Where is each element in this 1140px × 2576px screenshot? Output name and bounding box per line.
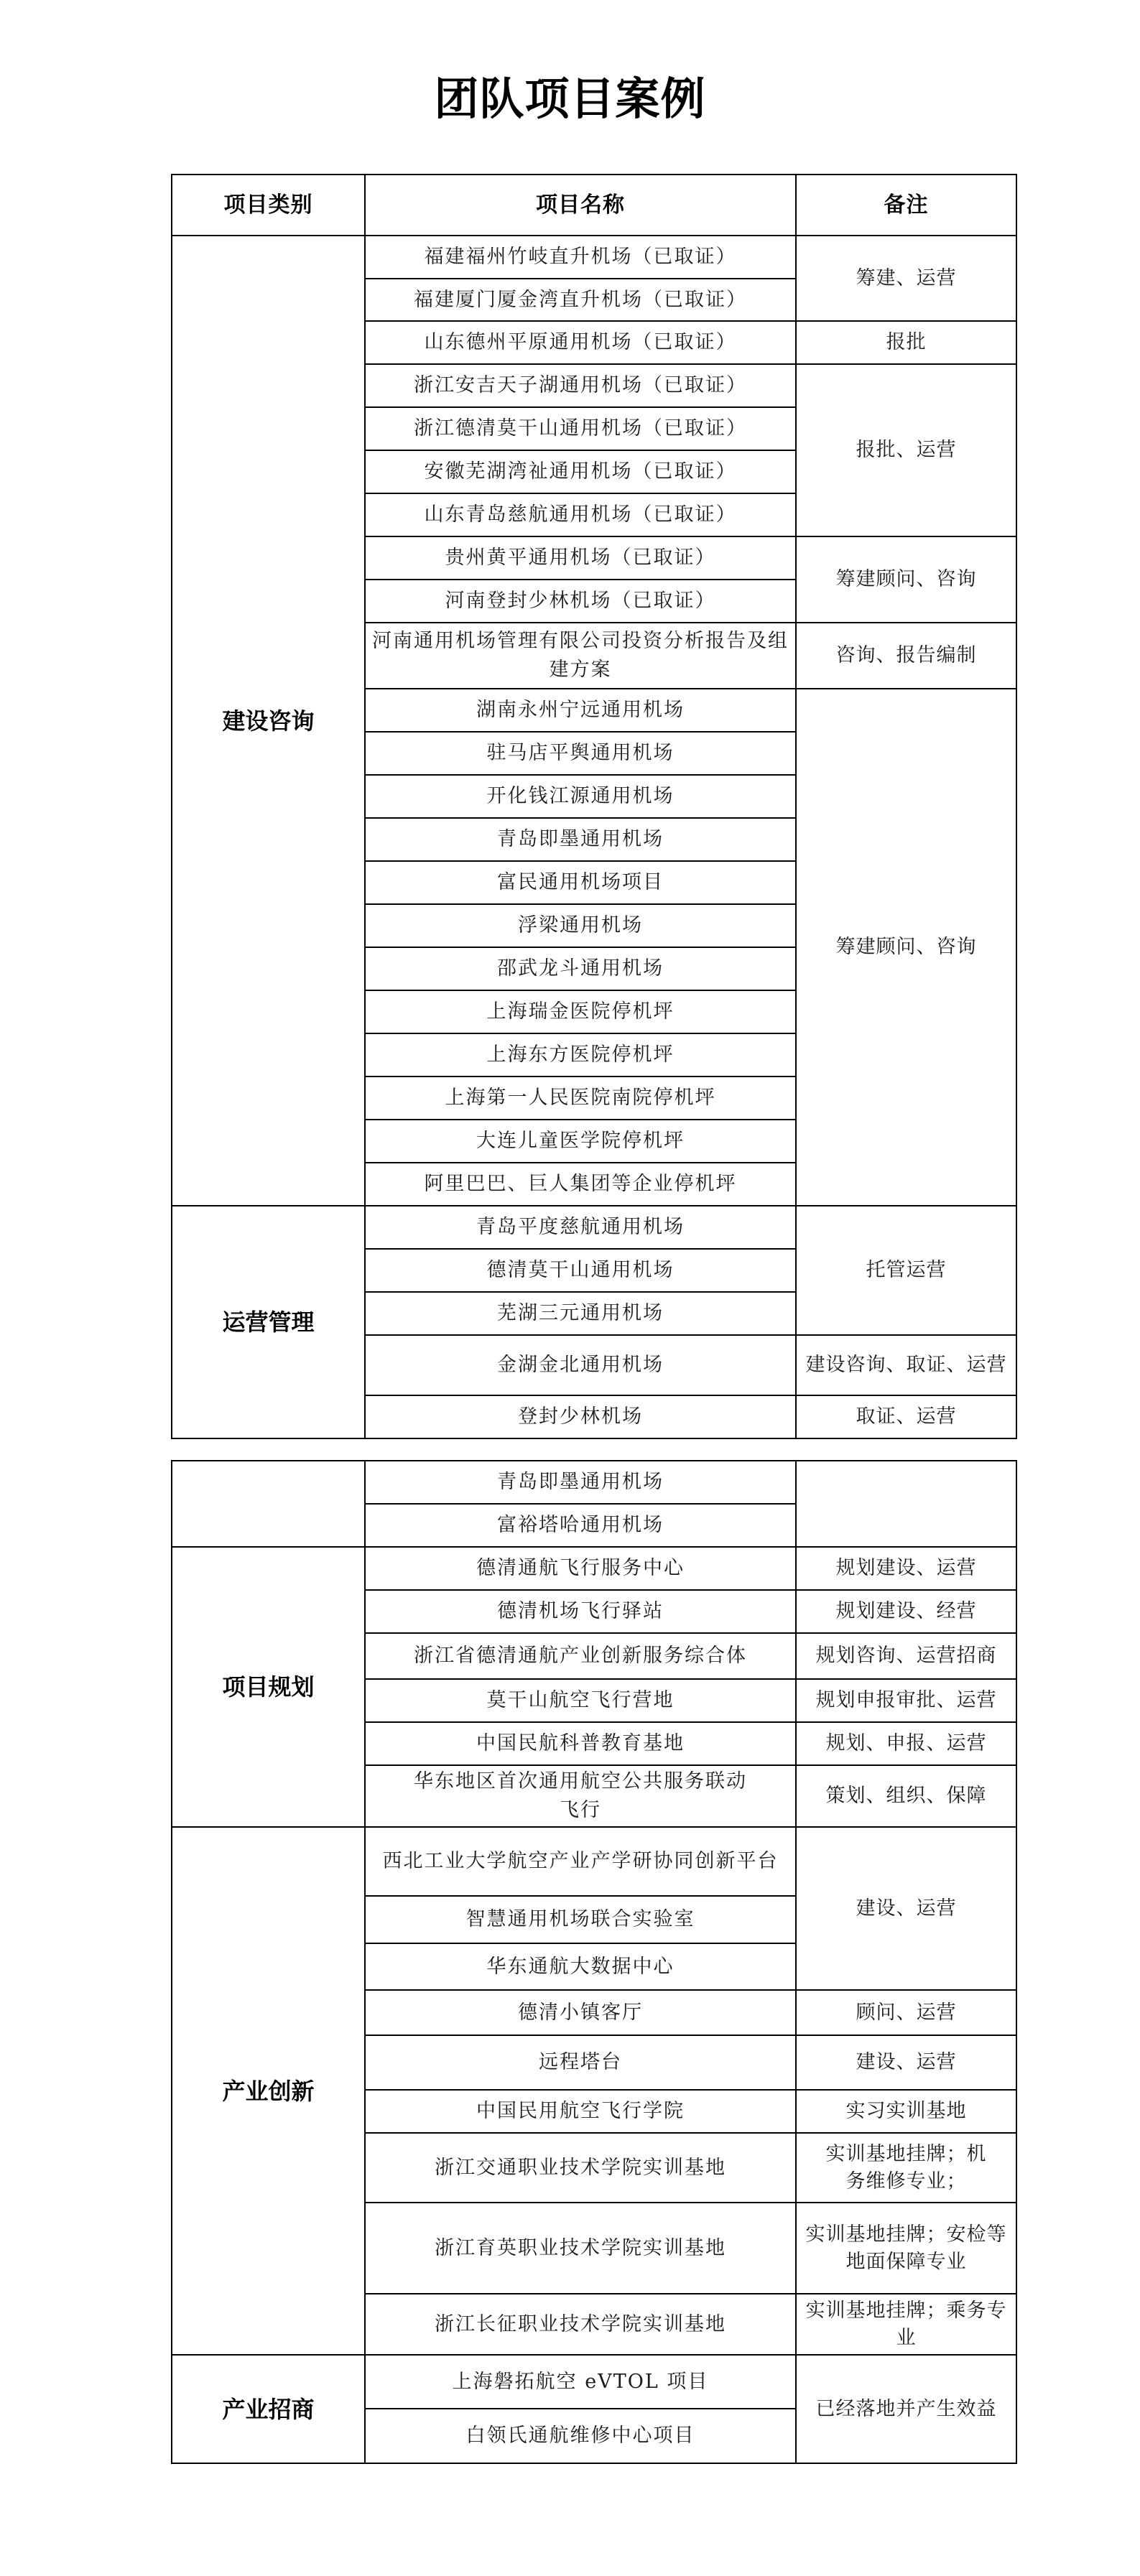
project-name: 安徽芜湖湾祉通用机场（已取证） [365, 450, 796, 493]
project-remark: 报批 [796, 321, 1016, 364]
project-name: 德清莫干山通用机场 [365, 1249, 796, 1292]
project-name: 驻马店平舆通用机场 [365, 732, 796, 775]
project-remark: 规划建设、运营 [796, 1547, 1016, 1590]
table-row: 建设咨询 福建福州竹岐直升机场（已取证） 筹建、运营 [172, 236, 1016, 279]
project-name: 贵州黄平通用机场（已取证） [365, 536, 796, 580]
category-operations: 运营管理 [172, 1206, 365, 1438]
project-name: 德清通航飞行服务中心 [365, 1547, 796, 1590]
project-name: 莫干山航空飞行营地 [365, 1679, 796, 1722]
project-cases-table-2: 青岛即墨通用机场 富裕塔哈通用机场 项目规划 德清通航飞行服务中心 规划建设、运… [171, 1460, 1017, 2464]
project-name: 登封少林机场 [365, 1395, 796, 1438]
project-remark [796, 1461, 1016, 1547]
project-name: 福建厦门厦金湾直升机场（已取证） [365, 279, 796, 321]
project-remark: 建设、运营 [796, 1827, 1016, 1990]
page-title: 团队项目案例 [0, 70, 1140, 128]
project-remark: 实训基地挂牌；机务维修专业； [796, 2133, 1016, 2203]
project-remark: 筹建顾问、咨询 [796, 536, 1016, 623]
header-name: 项目名称 [365, 175, 796, 236]
project-name: 浮梁通用机场 [365, 904, 796, 947]
project-name: 金湖金北通用机场 [365, 1335, 796, 1395]
project-name: 德清小镇客厅 [365, 1990, 796, 2035]
project-name: 河南登封少林机场（已取证） [365, 580, 796, 623]
category-investment: 产业招商 [172, 2355, 365, 2463]
project-remark: 规划、申报、运营 [796, 1722, 1016, 1765]
project-name: 浙江安吉天子湖通用机场（已取证） [365, 364, 796, 407]
project-remark: 建设咨询、取证、运营 [796, 1335, 1016, 1395]
project-name: 山东青岛慈航通用机场（已取证） [365, 493, 796, 536]
project-name: 浙江育英职业技术学院实训基地 [365, 2203, 796, 2294]
project-name: 智慧通用机场联合实验室 [365, 1896, 796, 1943]
project-name: 湖南永州宁远通用机场 [365, 689, 796, 732]
project-name: 浙江省德清通航产业创新服务综合体 [365, 1633, 796, 1679]
category-construction: 建设咨询 [172, 236, 365, 1206]
project-name: 上海瑞金医院停机坪 [365, 990, 796, 1033]
project-remark: 实训基地挂牌；安检等地面保障专业 [796, 2203, 1016, 2294]
project-name: 白领氏通航维修中心项目 [365, 2409, 796, 2463]
category-continued [172, 1461, 365, 1547]
project-name: 青岛即墨通用机场 [365, 1461, 796, 1504]
table-row: 青岛即墨通用机场 [172, 1461, 1016, 1504]
project-remark: 托管运营 [796, 1206, 1016, 1335]
table-row: 运营管理 青岛平度慈航通用机场 托管运营 [172, 1206, 1016, 1249]
project-name: 浙江长征职业技术学院实训基地 [365, 2294, 796, 2355]
header-category: 项目类别 [172, 175, 365, 236]
header-remark: 备注 [796, 175, 1016, 236]
table-row: 产业招商 上海磐拓航空 eVTOL 项目 已经落地并产生效益 [172, 2355, 1016, 2409]
project-cases-table-1: 项目类别 项目名称 备注 建设咨询 福建福州竹岐直升机场（已取证） 筹建、运营 … [171, 174, 1017, 1439]
project-name: 西北工业大学航空产业产学研协同创新平台 [365, 1827, 796, 1896]
project-remark: 规划申报审批、运营 [796, 1679, 1016, 1722]
project-name: 浙江德清莫干山通用机场（已取证） [365, 407, 796, 450]
project-name: 上海第一人民医院南院停机坪 [365, 1077, 796, 1120]
project-name: 山东德州平原通用机场（已取证） [365, 321, 796, 364]
project-name: 阿里巴巴、巨人集团等企业停机坪 [365, 1163, 796, 1206]
category-innovation: 产业创新 [172, 1827, 365, 2355]
category-planning: 项目规划 [172, 1547, 365, 1827]
table-row: 产业创新 西北工业大学航空产业产学研协同创新平台 建设、运营 [172, 1827, 1016, 1896]
project-name: 河南通用机场管理有限公司投资分析报告及组建方案 [365, 623, 796, 689]
project-name: 浙江交通职业技术学院实训基地 [365, 2133, 796, 2203]
project-remark: 已经落地并产生效益 [796, 2355, 1016, 2463]
project-remark: 实习实训基地 [796, 2090, 1016, 2133]
project-remark: 筹建、运营 [796, 236, 1016, 321]
project-name: 上海东方医院停机坪 [365, 1033, 796, 1077]
project-name: 华东地区首次通用航空公共服务联动飞行 [365, 1765, 796, 1827]
project-name: 邵武龙斗通用机场 [365, 947, 796, 990]
project-name: 上海磐拓航空 eVTOL 项目 [365, 2355, 796, 2409]
project-remark: 策划、组织、保障 [796, 1765, 1016, 1827]
table-row: 项目规划 德清通航飞行服务中心 规划建设、运营 [172, 1547, 1016, 1590]
project-name: 中国民用航空飞行学院 [365, 2090, 796, 2133]
project-name: 富裕塔哈通用机场 [365, 1504, 796, 1547]
project-name: 青岛平度慈航通用机场 [365, 1206, 796, 1249]
project-remark: 实训基地挂牌；乘务专业 [796, 2294, 1016, 2355]
project-remark: 建设、运营 [796, 2035, 1016, 2090]
project-remark: 筹建顾问、咨询 [796, 689, 1016, 1206]
project-name: 芜湖三元通用机场 [365, 1292, 796, 1335]
project-name: 富民通用机场项目 [365, 861, 796, 904]
project-name: 大连儿童医学院停机坪 [365, 1120, 796, 1163]
project-name: 青岛即墨通用机场 [365, 818, 796, 861]
project-name: 开化钱江源通用机场 [365, 775, 796, 818]
project-remark: 咨询、报告编制 [796, 623, 1016, 689]
table-header-row: 项目类别 项目名称 备注 [172, 175, 1016, 236]
project-remark: 报批、运营 [796, 364, 1016, 536]
project-remark: 规划建设、经营 [796, 1590, 1016, 1633]
project-remark: 规划咨询、运营招商 [796, 1633, 1016, 1679]
project-remark: 顾问、运营 [796, 1990, 1016, 2035]
project-name: 中国民航科普教育基地 [365, 1722, 796, 1765]
project-remark: 取证、运营 [796, 1395, 1016, 1438]
project-name: 远程塔台 [365, 2035, 796, 2090]
project-name: 华东通航大数据中心 [365, 1943, 796, 1990]
project-name: 德清机场飞行驿站 [365, 1590, 796, 1633]
project-name: 福建福州竹岐直升机场（已取证） [365, 236, 796, 279]
